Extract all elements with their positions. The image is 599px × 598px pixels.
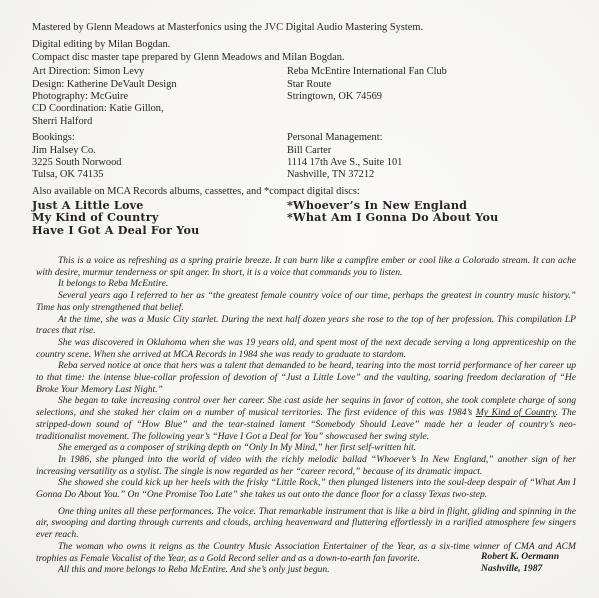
management-city: Nashville, TN 37212 bbox=[287, 169, 577, 181]
essay-paragraph: Reba served notice at once that hers was… bbox=[36, 360, 576, 395]
cd-coordination-credit-cont: Sherri Halford bbox=[32, 116, 287, 128]
place-date: Nashville, 1987 bbox=[481, 563, 559, 575]
fan-club-name: Reba McEntire International Fan Club bbox=[287, 66, 577, 78]
essay-paragraph: At the time, she was a Music City starle… bbox=[36, 314, 576, 337]
art-credits: Art Direction: Simon Levy Design: Kather… bbox=[32, 66, 287, 128]
fan-club-street: Star Route bbox=[287, 79, 577, 91]
photography-credit: Photography: McGuire bbox=[32, 91, 287, 103]
album-list: Just A Little Love My Kind of Country Ha… bbox=[32, 199, 592, 236]
album-title: Have I Got A Deal For You bbox=[32, 224, 287, 236]
also-available-text: Also available on MCA Records albums, ca… bbox=[32, 186, 592, 198]
album-title: *What Am I Gonna Do About You bbox=[287, 211, 577, 223]
essay-paragraph: One thing unites all these performances.… bbox=[36, 506, 576, 541]
liner-notes-essay: This is a voice as refreshing as a sprin… bbox=[36, 255, 576, 576]
management-label: Personal Management: bbox=[287, 132, 577, 144]
cd-coordination-credit: CD Coordination: Katie Gillon, bbox=[32, 103, 287, 115]
digital-editing-credit: Digital editing by Milan Bogdan. bbox=[32, 39, 592, 51]
management-name: Bill Carter bbox=[287, 145, 577, 157]
cd-booklet-page: Mastered by Glenn Meadows at Masterfonic… bbox=[0, 0, 599, 598]
bookings-label: Bookings: bbox=[32, 132, 287, 144]
essay-paragraph: This is a voice as refreshing as a sprin… bbox=[36, 255, 576, 278]
essay-paragraph: It belongs to Reba McEntire. bbox=[36, 278, 576, 290]
album-reference-underlined: My Kind of Country bbox=[476, 407, 556, 418]
essay-paragraph: In 1986, she plunged into the world of v… bbox=[36, 454, 576, 477]
fan-club-address: Reba McEntire International Fan Club Sta… bbox=[287, 66, 577, 128]
art-direction-credit: Art Direction: Simon Levy bbox=[32, 66, 287, 78]
essay-paragraph: She showed she could kick up her heels w… bbox=[36, 477, 576, 500]
essay-paragraph: Several years ago I referred to her as “… bbox=[36, 290, 576, 313]
album-title: My Kind of Country bbox=[32, 211, 287, 223]
essay-paragraph: She was discovered in Oklahoma when she … bbox=[36, 337, 576, 360]
signature-block: Robert K. Oermann Nashville, 1987 bbox=[481, 551, 559, 574]
bookings-management-row: Bookings: Jim Halsey Co. 3225 South Norw… bbox=[32, 132, 592, 182]
bookings-street: 3225 South Norwood bbox=[32, 157, 287, 169]
fan-club-city: Stringtown, OK 74569 bbox=[287, 91, 577, 103]
management-address: Personal Management: Bill Carter 1114 17… bbox=[287, 132, 577, 182]
master-tape-credit: Compact disc master tape prepared by Gle… bbox=[32, 52, 592, 64]
essay-paragraph: She began to take increasing control ove… bbox=[36, 395, 576, 442]
essay-paragraph: She emerged as a composer of striking de… bbox=[36, 442, 576, 454]
mastering-credit: Mastered by Glenn Meadows at Masterfonic… bbox=[32, 22, 592, 34]
design-credit: Design: Katherine DeVault Design bbox=[32, 79, 287, 91]
author-name: Robert K. Oermann bbox=[481, 551, 559, 563]
bookings-address: Bookings: Jim Halsey Co. 3225 South Norw… bbox=[32, 132, 287, 182]
art-fanclub-row: Art Direction: Simon Levy Design: Kather… bbox=[32, 66, 592, 128]
bookings-city: Tulsa, OK 74135 bbox=[32, 169, 287, 181]
management-street: 1114 17th Ave S., Suite 101 bbox=[287, 157, 577, 169]
bookings-company: Jim Halsey Co. bbox=[32, 145, 287, 157]
credits-block: Mastered by Glenn Meadows at Masterfonic… bbox=[32, 22, 592, 236]
